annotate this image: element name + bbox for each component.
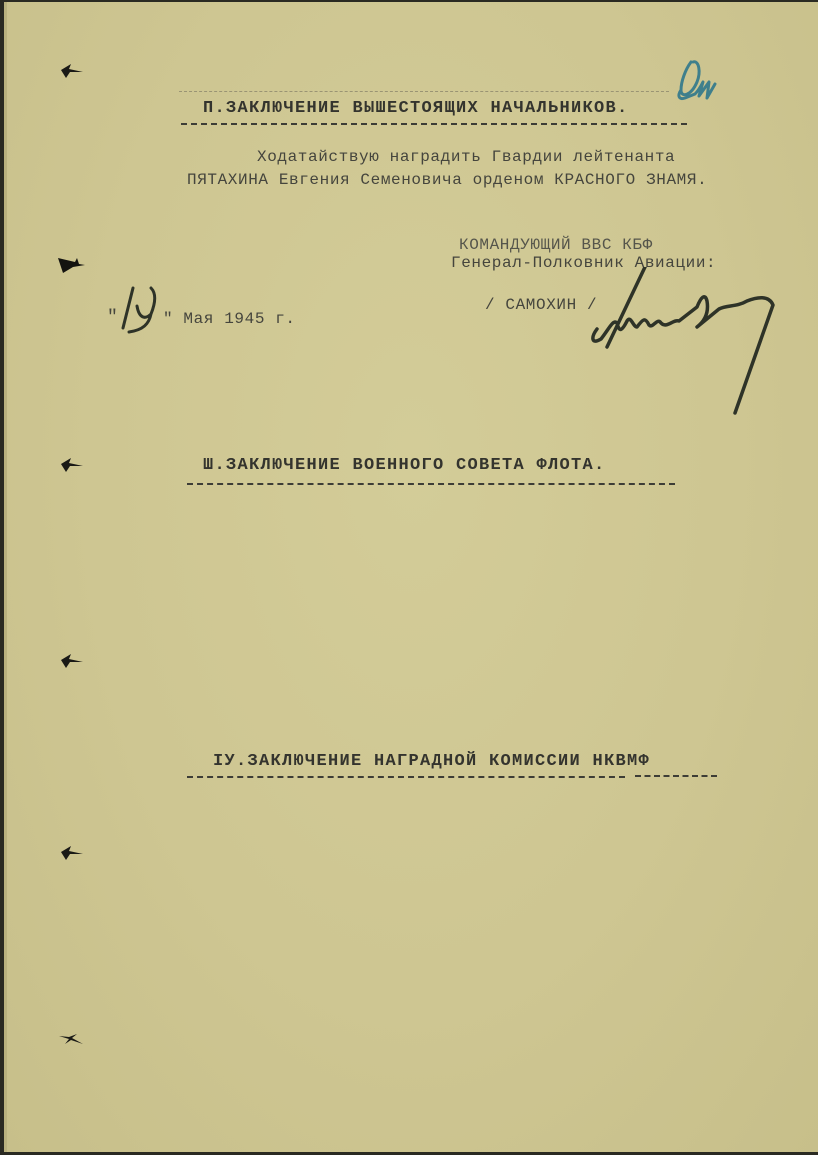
date-month-year: " Мая 1945 г. [163,310,296,328]
recommendation-line-1: Ходатайствую наградить Гвардии лейтенант… [257,148,675,166]
section-2-heading: П.ЗАКЛЮЧЕНИЕ ВЫШЕСТОЯЩИХ НАЧАЛЬНИКОВ. [203,99,629,118]
section-3-heading: Ш.ЗАКЛЮЧЕНИЕ ВОЕННОГО СОВЕТА ФЛОТА. [203,456,606,475]
punch-hole-icon [55,254,87,276]
heading-overline [179,91,669,92]
punch-hole-icon [57,454,87,474]
heading-underline [187,483,675,485]
signatory-title-1: КОМАНДУЮЩИЙ ВВС КБФ [459,236,653,254]
punch-hole-icon [57,60,87,80]
punch-hole-icon [57,650,87,670]
recommendation-line-2: ПЯТАХИНА Евгения Семеновича орденом КРАС… [187,171,707,189]
punch-hole-icon [57,842,87,862]
section-4-heading: IУ.ЗАКЛЮЧЕНИЕ НАГРАДНОЙ КОМИССИИ НКВМФ [213,752,650,771]
heading-underline [635,775,717,777]
signature [587,267,787,427]
signatory-name: / САМОХИН / [485,296,597,314]
document-page: П.ЗАКЛЮЧЕНИЕ ВЫШЕСТОЯЩИХ НАЧАЛЬНИКОВ. Хо… [4,2,818,1152]
punch-hole-icon [55,1028,87,1050]
handwritten-date-day [117,284,163,334]
heading-underline [187,776,625,778]
handwritten-page-number [675,52,755,112]
heading-underline [181,123,687,125]
